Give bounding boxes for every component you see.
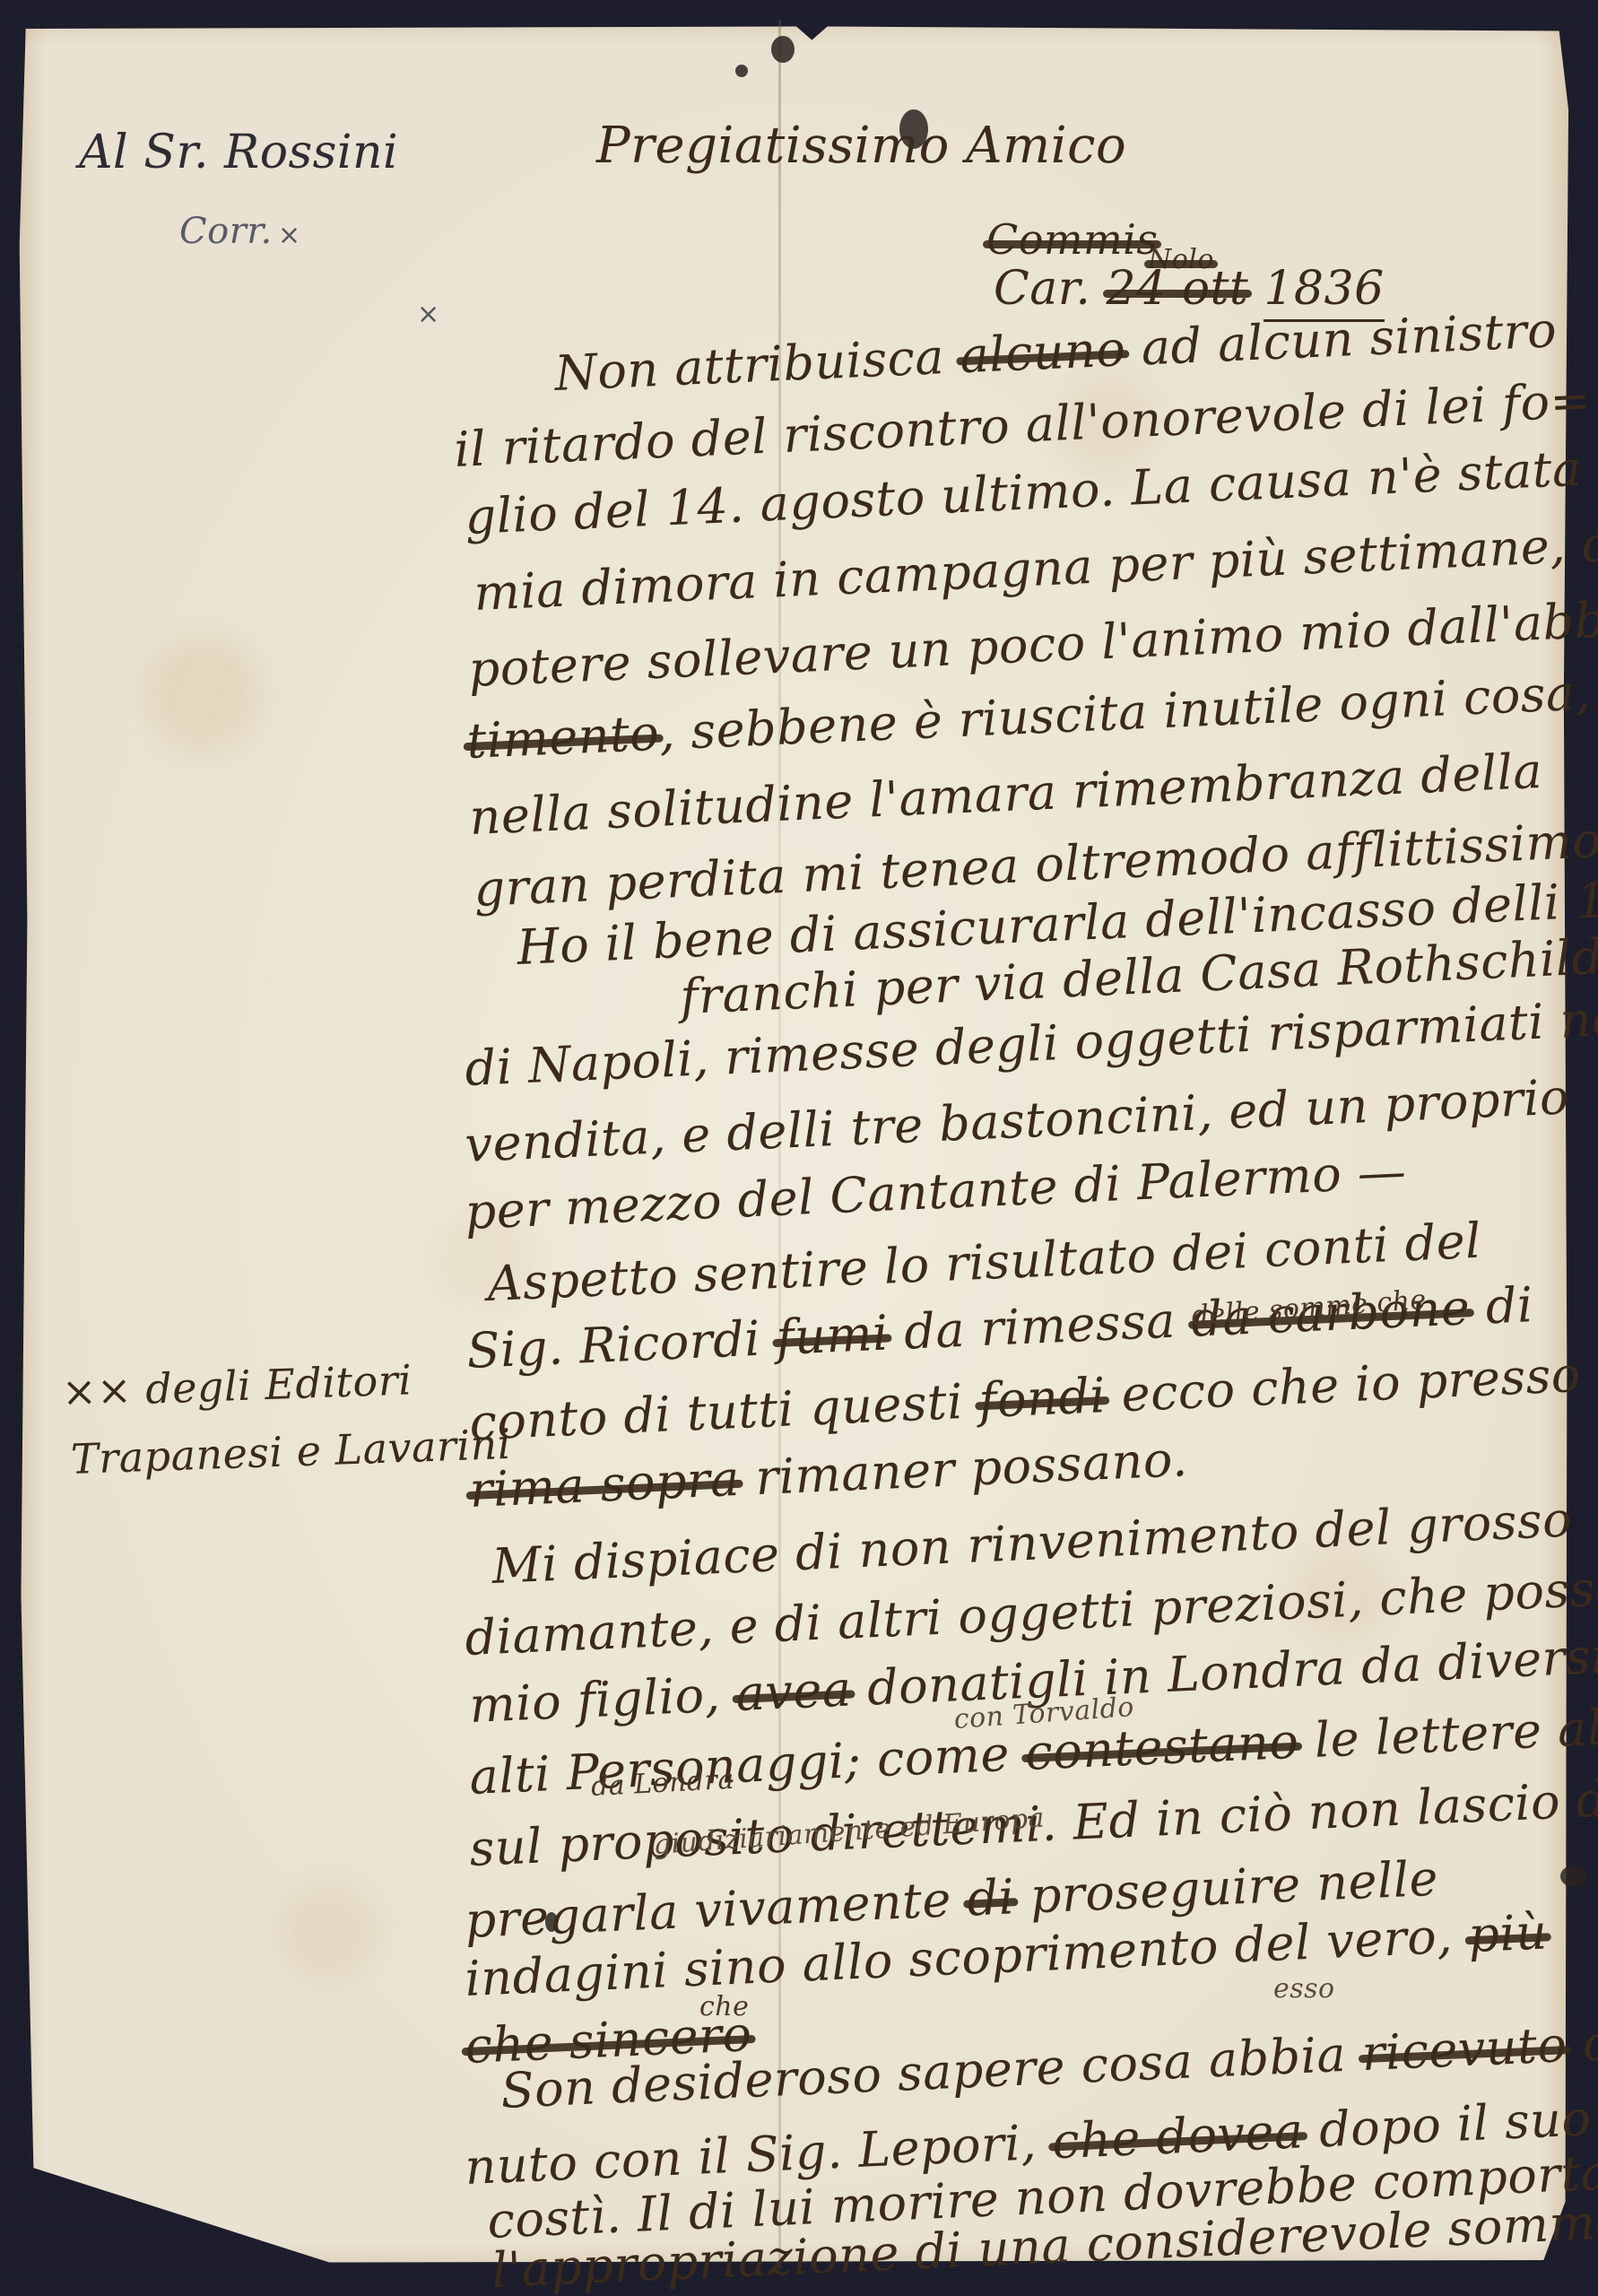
ink-stain [771,36,795,63]
line-text: mio figlio, [468,1665,737,1734]
struck-text: avea [734,1660,852,1722]
pencil-note: Corr. [179,211,273,252]
insertion-marker: ×× [61,1365,133,1416]
ink-stain [1560,1865,1587,1887]
place-struck: Commis [986,215,1158,264]
struck-text: alcuno [959,320,1126,384]
line-text: conve= [1566,2007,1598,2073]
struck-text: di [966,1868,1016,1926]
salutation: Pregiatissimo Amico [596,117,1126,175]
struck-text: ricevuto [1360,2016,1568,2082]
place-date: Car. 24 ott 1836 [994,262,1385,316]
line-text: di [1469,1276,1534,1335]
ink-stain [735,65,748,77]
interlinear-insertion: esso [1273,1973,1335,2005]
margin-note-line: degli Editori [144,1355,413,1413]
x-mark: × [417,299,439,330]
struck-text: fondi [977,1367,1107,1429]
struck-text: più [1467,1903,1549,1963]
interlinear-insertion: che [699,1991,749,2022]
struck-text: timento [465,705,660,770]
struck-text: fumi [775,1305,890,1366]
x-mark: × [278,220,300,251]
recipient-annotation: Al Sr. Rossini [79,126,398,179]
